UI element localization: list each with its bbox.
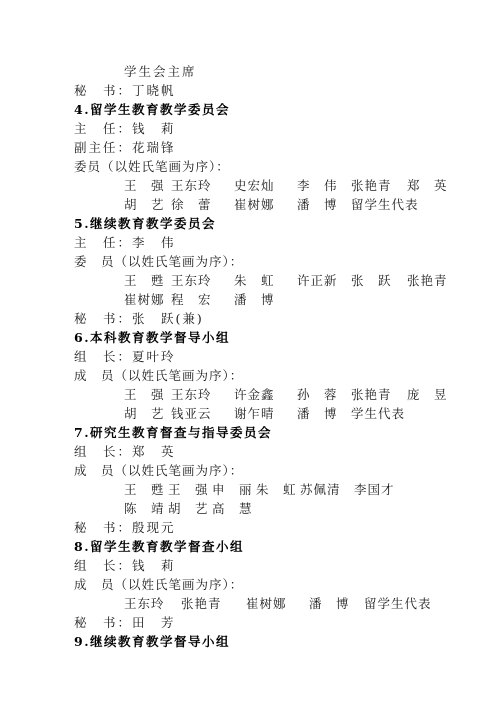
director-field: 主 任：李 伟 — [74, 233, 176, 252]
member-name: 钱亚云 — [171, 404, 212, 423]
member-name: 王 强 — [124, 385, 165, 404]
field-value: 钱 莉 — [132, 556, 176, 575]
member-name: 程 宏 — [171, 290, 212, 309]
member-name: 崔树娜 — [234, 195, 275, 214]
member-name: 郑 英 — [407, 176, 448, 195]
member-name: 苏佩清 — [300, 480, 341, 499]
member-name: 李 伟 — [297, 176, 338, 195]
member-name: 许正新 — [297, 271, 338, 290]
field-value: 丁晓帆 — [132, 81, 176, 100]
member-name: 王东玲 — [124, 594, 165, 613]
member-name: 孙 蓉 — [297, 385, 338, 404]
members-label: 成 员（以姓氏笔画为序）： — [74, 366, 243, 385]
field-value: 郑 英 — [132, 442, 176, 461]
member-name: 高 慧 — [212, 499, 253, 518]
member-name: 张艳青 — [351, 385, 392, 404]
section-heading: 5.继续教育教学委员会 — [74, 214, 216, 233]
member-name: 胡 艺 — [124, 195, 165, 214]
member-name: 胡 艺 — [124, 404, 165, 423]
field-label: 组 长： — [74, 442, 132, 461]
members-label: 成 员（以姓氏笔画为序）： — [74, 575, 243, 594]
field-label: 主 任： — [74, 119, 132, 138]
members-label: 委员（以姓氏笔画为序）： — [74, 157, 230, 176]
member-name: 张 跃 — [351, 271, 392, 290]
member-name: 潘 博 — [234, 290, 275, 309]
member-name: 潘 博 — [297, 195, 338, 214]
field-label: 秘 书： — [74, 613, 132, 632]
field-label: 秘 书： — [74, 518, 132, 537]
member-name: 张艳青 — [351, 176, 392, 195]
member-name: 潘 博 — [309, 594, 350, 613]
member-name: 庞 昱 — [407, 385, 448, 404]
member-name: 学生代表 — [351, 404, 405, 423]
member-name: 崔树娜 — [124, 290, 165, 309]
field-value: 花瑞锋 — [132, 138, 176, 157]
member-name: 王东玲 — [171, 176, 212, 195]
section-heading: 8.留学生教育教学督查小组 — [74, 537, 244, 556]
section-heading: 7.研究生教育督查与指导委员会 — [74, 423, 272, 442]
member-name: 留学生代表 — [364, 594, 432, 613]
member-name: 史宏灿 — [234, 176, 275, 195]
secretary-field: 秘 书：张 跃(兼) — [74, 309, 204, 328]
secretary-field: 秘 书：丁晓帆 — [74, 81, 176, 100]
field-value: 李 伟 — [132, 233, 176, 252]
member-name: 张艳青 — [407, 271, 448, 290]
member-name: 朱 虹 — [256, 480, 297, 499]
members-label: 成 员（以姓氏笔画为序）： — [74, 461, 243, 480]
field-label: 主 任： — [74, 233, 132, 252]
field-label: 秘 书： — [74, 309, 132, 328]
member-name: 王 甦 — [124, 271, 165, 290]
member-name: 陈 靖 — [124, 499, 165, 518]
member-name: 王 强 — [124, 176, 165, 195]
document-page: 学生会主席 秘 书：丁晓帆 4.留学生教育教学委员会 主 任：钱 莉 副主任：花… — [0, 0, 500, 707]
member-name: 朱 虹 — [234, 271, 275, 290]
field-value: 张 跃(兼) — [132, 309, 204, 328]
member-name: 李国才 — [354, 480, 395, 499]
member-name: 谢乍晴 — [234, 404, 275, 423]
member-name: 潘 博 — [297, 404, 338, 423]
member-name: 留学生代表 — [351, 195, 419, 214]
field-label: 秘 书： — [74, 81, 132, 100]
field-label: 副主任： — [74, 138, 132, 157]
field-label: 组 长： — [74, 556, 132, 575]
member-name: 申 丽 — [212, 480, 253, 499]
leader-field: 组 长：郑 英 — [74, 442, 176, 461]
section-heading: 4.留学生教育教学委员会 — [74, 100, 230, 119]
member-name: 王东玲 — [171, 271, 212, 290]
member-name: 徐 蕾 — [171, 195, 212, 214]
field-value: 殷现元 — [132, 518, 176, 537]
secretary-field: 秘 书：殷现元 — [74, 518, 176, 537]
leader-field: 组 长：夏叶玲 — [74, 347, 176, 366]
field-value: 夏叶玲 — [132, 347, 176, 366]
member-name: 崔树娜 — [246, 594, 287, 613]
field-value: 钱 莉 — [132, 119, 176, 138]
text-line: 学生会主席 — [124, 62, 197, 81]
section-heading: 9.继续教育教学督导小组 — [74, 632, 230, 651]
secretary-field: 秘 书：田 芳 — [74, 613, 176, 632]
director-field: 主 任：钱 莉 — [74, 119, 176, 138]
member-name: 张艳青 — [181, 594, 222, 613]
member-name: 王东玲 — [171, 385, 212, 404]
leader-field: 组 长：钱 莉 — [74, 556, 176, 575]
member-name: 胡 艺 — [168, 499, 209, 518]
member-name: 许金鑫 — [234, 385, 275, 404]
field-value: 田 芳 — [132, 613, 176, 632]
member-name: 王 强 — [168, 480, 209, 499]
section-heading: 6.本科教育教学督导小组 — [74, 328, 230, 347]
field-label: 组 长： — [74, 347, 132, 366]
members-label: 委 员（以姓氏笔画为序）： — [74, 252, 243, 271]
member-name: 王 甦 — [124, 480, 165, 499]
deputy-director-field: 副主任：花瑞锋 — [74, 138, 176, 157]
